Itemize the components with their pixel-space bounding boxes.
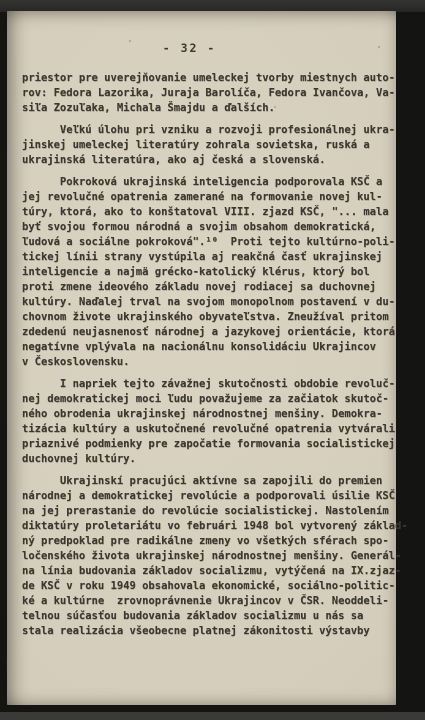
text-line: tickej línii strany vystúpila aj reakčná… [22,250,394,265]
text-line: ného obrodenia ukrajinskej národnostnej … [22,407,394,422]
text-line: chovnom živote ukrajinského obyvateľstva… [22,310,394,325]
text-line: inteligencie a najmä grécko-katolický kl… [22,265,394,280]
text-line: diktatúry proletariátu vo februári 1948 … [22,519,394,534]
text-line: nej demokratickej moci ľudu považujeme z… [22,392,394,407]
paragraph: I napriek tejto závažnej skutočnosti obd… [22,377,394,467]
text-line: na jej prerastanie do revolúcie socialis… [22,504,394,519]
page-number: - 32 - [7,41,396,55]
text-line: jinskej umeleckej literatúry zohrala sov… [22,138,394,153]
text-line: telnou súčasťou budovania základov socia… [22,609,394,624]
scan-bottom-edge [0,712,425,720]
text-line: zdedenú neujasnenosť národnej a jazykove… [22,325,394,340]
text-line: proti zmene ideového základu novej rodia… [22,280,394,295]
text-line: jej revolučné opatrenia zamerané na form… [22,190,394,205]
scanned-book-page: - 32 - priestor pre uverejňovanie umelec… [0,0,425,720]
text-line: priestor pre uverejňovanie umeleckej tvo… [22,71,394,86]
text-line: ké a kultúrne zrovnoprávnenie Ukrajincov… [22,594,394,609]
text-line: ločenského života ukrajinskej národnostn… [22,549,394,564]
text-line: I napriek tejto závažnej skutočnosti obd… [22,377,394,392]
text-line: kultúry. Naďalej trval na svojom monopol… [22,295,394,310]
text-line: ný predpoklad pre radikálne zmeny vo vše… [22,534,394,549]
paragraph: priestor pre uverejňovanie umeleckej tvo… [22,71,394,116]
text-line: duchovnej kultúry. [22,452,394,467]
page-text: priestor pre uverejňovanie umeleckej tvo… [22,71,394,646]
paragraph: Ukrajinskí pracujúci aktívne sa zapojili… [22,474,394,639]
text-line: negatívne vplývala na nacionálnu konsoli… [22,340,394,355]
text-line: na línia budovania základov socializmu, … [22,564,394,579]
text-line: priaznivé podmienky pre započatie formov… [22,437,394,452]
paragraph: Pokroková ukrajinská inteligencia podpor… [22,175,394,370]
text-line: tizácia kultúry a uskutočnené revolučné … [22,422,394,437]
text-line: Pokroková ukrajinská inteligencia podpor… [22,175,394,190]
text-line: de KSČ v roku 1949 obsahovala ekonomické… [22,579,394,594]
text-line: ľudová a sociálne pokroková".¹⁰ Proti te… [22,235,394,250]
text-line: túry, ktorá, ako to konštatoval VIII. zj… [22,205,394,220]
text-line: stala realizácia všeobecne platnej zákon… [22,624,394,639]
text-line: v Československu. [22,355,394,370]
text-line: Ukrajinskí pracujúci aktívne sa zapojili… [22,474,394,489]
text-line: ukrajinská literatúra, ako aj česká a sl… [22,153,394,168]
text-line: siľa Zozuľaka, Michala Šmajdu a ďalších. [22,101,394,116]
text-line: Veľkú úlohu pri vzniku a rozvoji profesi… [22,123,394,138]
paragraph: Veľkú úlohu pri vzniku a rozvoji profesi… [22,123,394,168]
text-line: rov: Fedora Lazorika, Juraja Barolíča, F… [22,86,394,101]
text-line: byť svojou formou národná a svojim obsah… [22,220,394,235]
page: - 32 - priestor pre uverejňovanie umelec… [7,11,396,705]
text-line: národnej a demokratickej revolúcie a pod… [22,489,394,504]
